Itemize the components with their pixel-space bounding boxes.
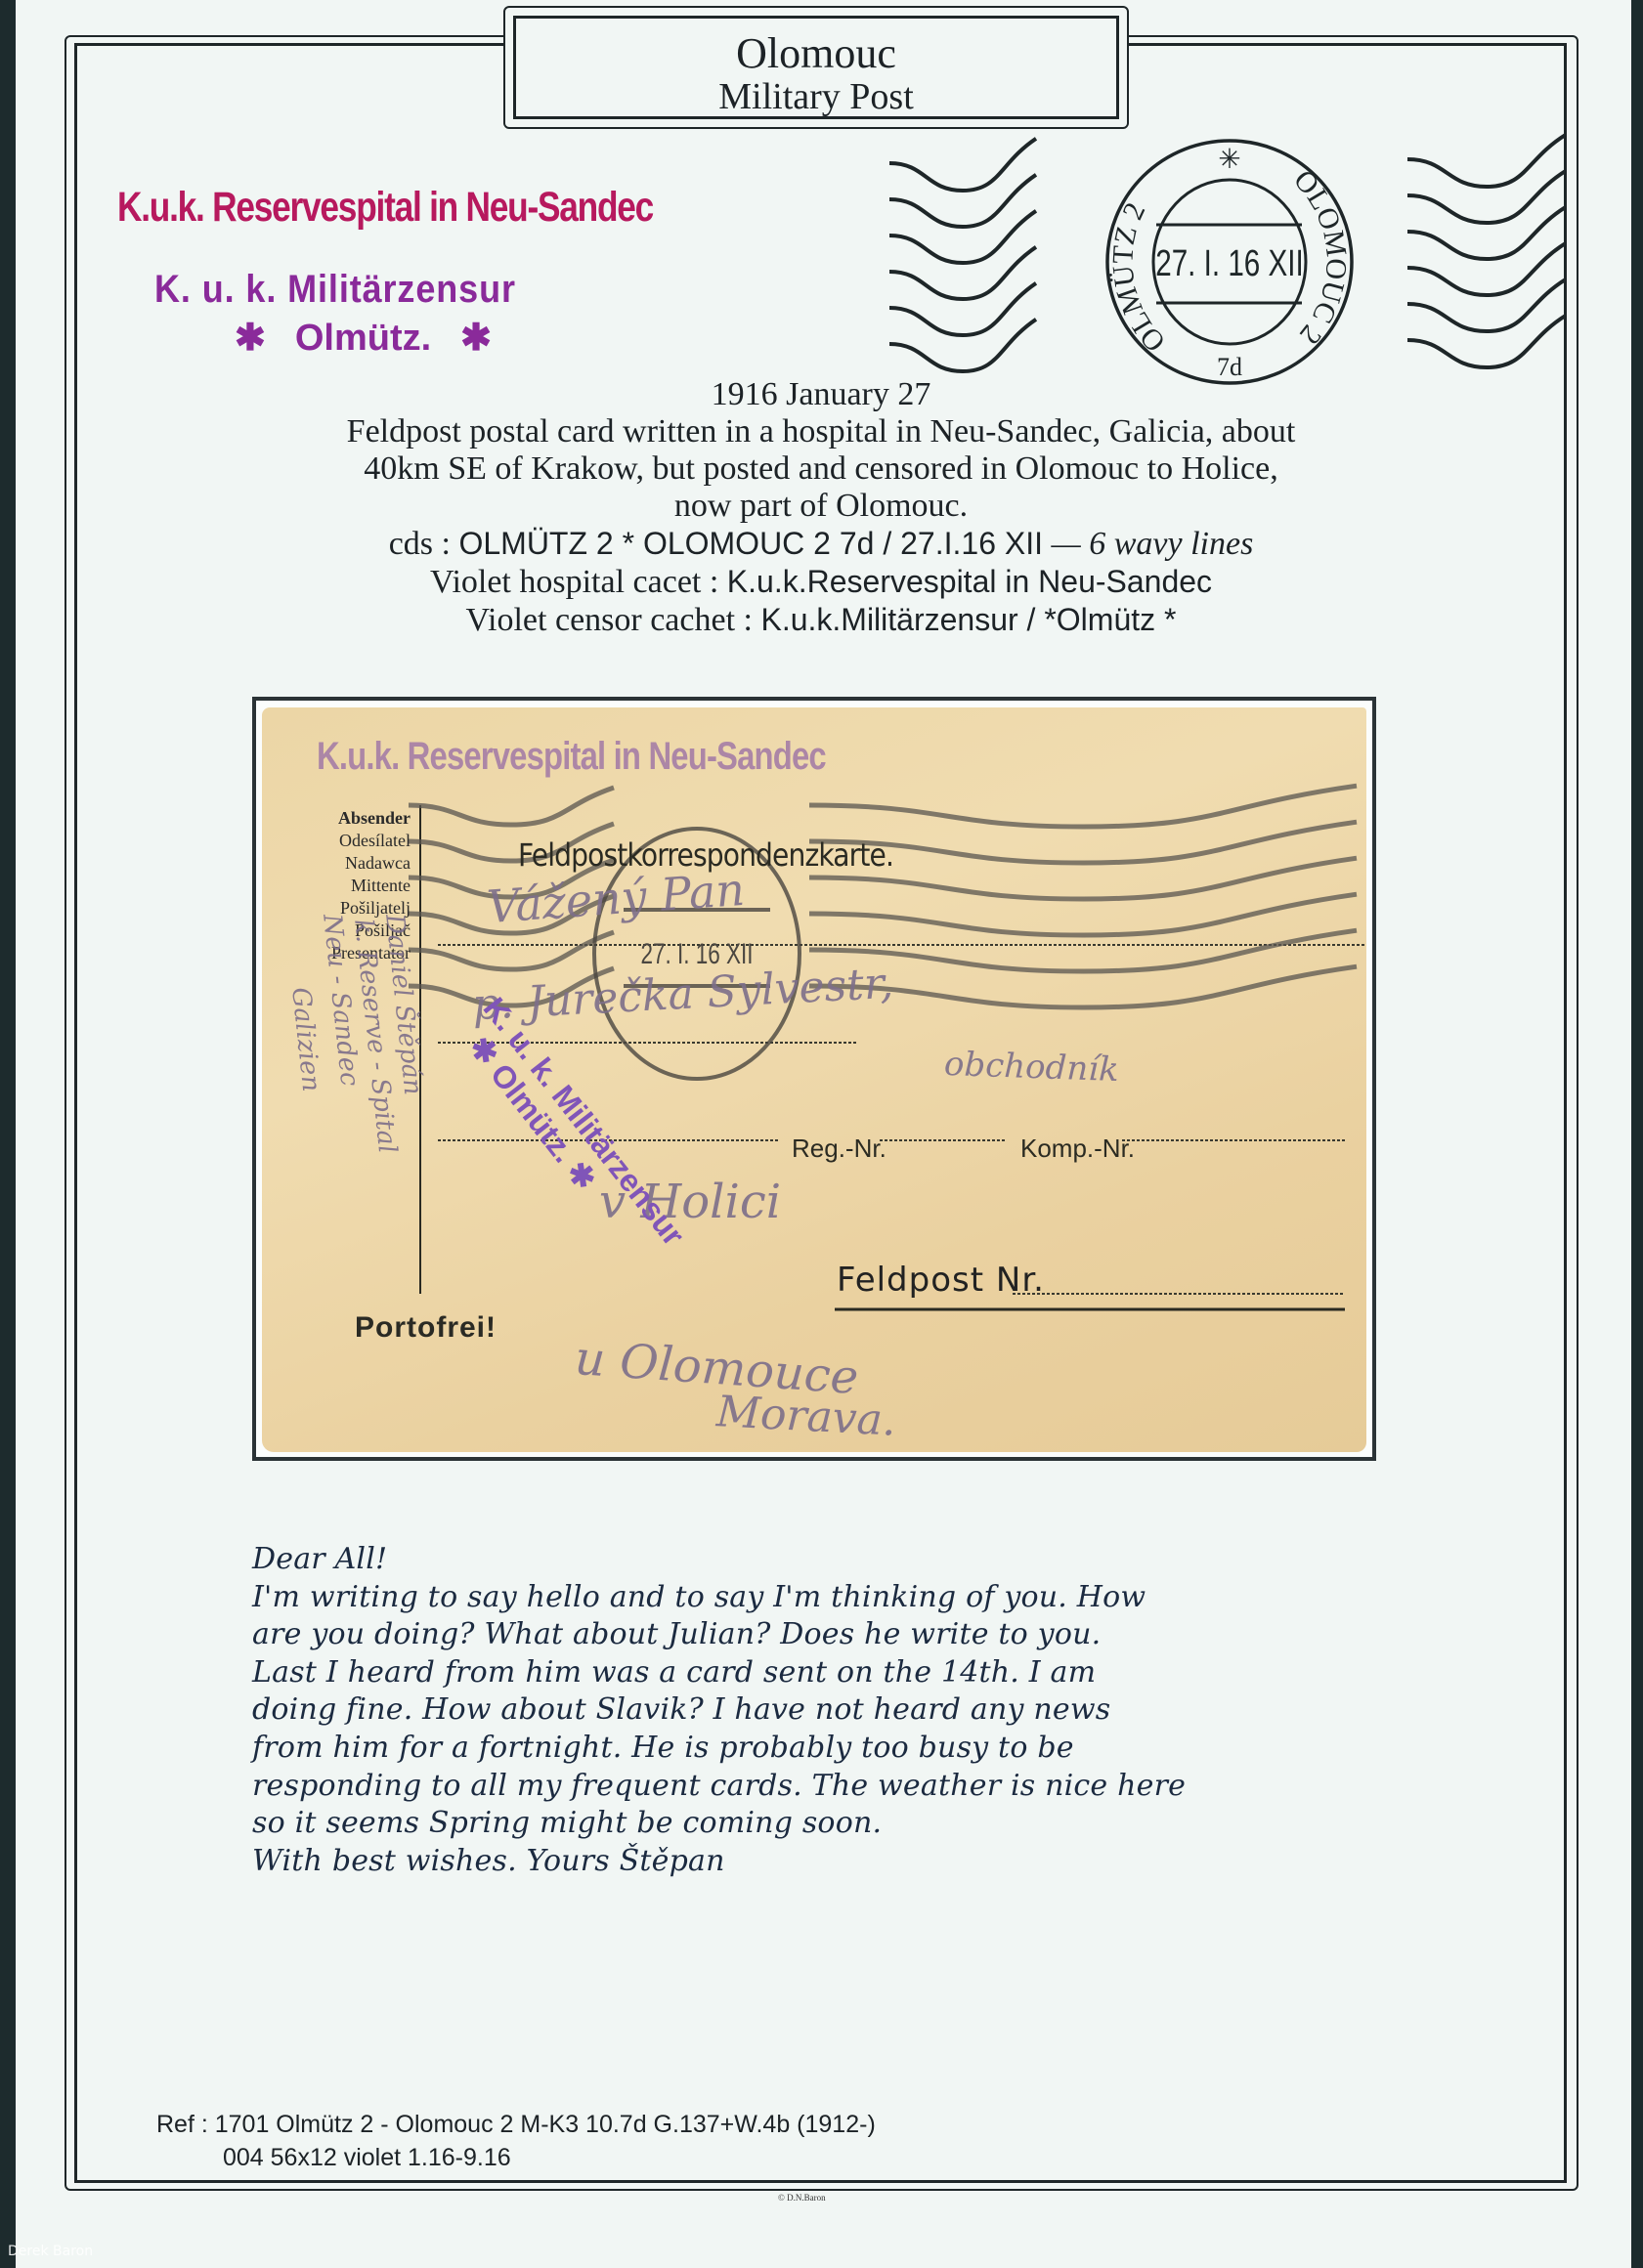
watermark: Derek Baron bbox=[8, 2244, 93, 2259]
letter-line: responding to all my frequent cards. The… bbox=[252, 1768, 1386, 1806]
letter-line: With best wishes. Yours Štěpan bbox=[252, 1843, 1386, 1881]
title-box: Olomouc Military Post bbox=[503, 6, 1129, 129]
title-box-inner: Olomouc Military Post bbox=[513, 16, 1119, 119]
description-date: 1916 January 27 bbox=[176, 376, 1466, 413]
wavy-lines-left-icon bbox=[889, 139, 1036, 371]
description-line-1: Feldpost postal card written in a hospit… bbox=[176, 413, 1466, 450]
cds-note: — 6 wavy lines bbox=[1043, 526, 1253, 562]
handwritten-occupation: obchodník bbox=[943, 1045, 1119, 1090]
svg-text:27. I. 16 XII: 27. I. 16 XII bbox=[1155, 243, 1304, 284]
copyright: © D.N.Baron bbox=[778, 2193, 826, 2203]
star-icon: ✱ bbox=[460, 318, 492, 359]
handwritten-region: Morava. bbox=[715, 1387, 897, 1446]
letter-line: doing fine. How about Slavik? I have not… bbox=[252, 1691, 1386, 1730]
postal-card-image: 27. I. 16 XII K.u.k. Reservespital in Ne… bbox=[262, 707, 1366, 1452]
cds-value: OLMÜTZ 2 * OLOMOUC 2 7d / 27.I.16 XII bbox=[458, 526, 1043, 561]
postmark-illustration: OLMÜTZ 2 OLOMOUC 2 ✳ 27. I. 16 XII 7d bbox=[880, 129, 1574, 393]
reg-nr-label: Reg.-Nr. bbox=[792, 1134, 886, 1164]
censor-cachet-line1: K. u. k. Militärzensur bbox=[154, 268, 516, 312]
letter-line: I'm writing to say hello and to say I'm … bbox=[252, 1579, 1386, 1617]
description-line-2: 40km SE of Krakow, but posted and censor… bbox=[176, 450, 1466, 488]
komp-nr-label: Komp.-Nr. bbox=[1020, 1134, 1135, 1164]
hospital-cachet-illustration: K.u.k. Reservespital in Neu-Sandec bbox=[117, 184, 653, 232]
hospital-cachet-label: Violet hospital cacet : bbox=[430, 564, 727, 600]
sender-label: Odesílatel bbox=[321, 830, 411, 852]
censor-cachet-illustration: K. u. k. Militärzensur ✱Olmütz.✱ bbox=[154, 268, 556, 360]
star-icon: ✱ bbox=[235, 318, 266, 359]
scan-edge-left bbox=[0, 0, 16, 2268]
censor-cachet-town: Olmütz. bbox=[295, 318, 431, 359]
portofrei-label: Portofrei! bbox=[355, 1311, 497, 1345]
sender-label: Absender bbox=[321, 807, 411, 830]
censor-cachet-label: Violet censor cachet : bbox=[466, 602, 761, 638]
cds-row: cds : OLMÜTZ 2 * OLOMOUC 2 7d / 27.I.16 … bbox=[176, 525, 1466, 563]
hospital-cachet-row: Violet hospital cacet : K.u.k.Reservespi… bbox=[176, 563, 1466, 601]
letter-transcription: Dear All! I'm writing to say hello and t… bbox=[252, 1541, 1386, 1880]
letter-line: are you doing? What about Julian? Does h… bbox=[252, 1616, 1386, 1654]
feldpost-nr-label: Feldpost Nr. bbox=[837, 1261, 1045, 1300]
letter-line: Last I heard from him was a card sent on… bbox=[252, 1654, 1386, 1692]
page-subtitle: Military Post bbox=[516, 75, 1116, 118]
letter-line: from him for a fortnight. He is probably… bbox=[252, 1730, 1386, 1768]
reference: Ref : 1701 Olmütz 2 - Olomouc 2 M-K3 10.… bbox=[156, 2108, 876, 2174]
svg-text:27. I. 16 XII: 27. I. 16 XII bbox=[640, 937, 753, 970]
reference-line-1: Ref : 1701 Olmütz 2 - Olomouc 2 M-K3 10.… bbox=[156, 2108, 876, 2141]
card-hospital-cachet: K.u.k. Reservespital in Neu-Sandec bbox=[317, 735, 826, 779]
censor-cachet-value: K.u.k.Militärzensur / *Olmütz * bbox=[760, 602, 1176, 637]
censor-cachet-line2: ✱Olmütz.✱ bbox=[205, 316, 556, 360]
letter-line: so it seems Spring might be coming soon. bbox=[252, 1805, 1386, 1843]
description: 1916 January 27 Feldpost postal card wri… bbox=[176, 376, 1466, 639]
sender-label: Mittente bbox=[321, 875, 411, 897]
wavy-lines-right-icon bbox=[1407, 135, 1566, 367]
scan-edge-right bbox=[1631, 0, 1643, 2268]
hospital-cachet-value: K.u.k.Reservespital in Neu-Sandec bbox=[727, 564, 1212, 599]
description-line-3: now part of Olomouc. bbox=[176, 488, 1466, 525]
censor-cachet-row: Violet censor cachet : K.u.k.Militärzens… bbox=[176, 601, 1466, 639]
svg-text:✳: ✳ bbox=[1218, 143, 1240, 175]
cds-circle-icon: OLMÜTZ 2 OLOMOUC 2 ✳ 27. I. 16 XII 7d bbox=[1106, 141, 1353, 383]
reference-line-2: 004 56x12 violet 1.16-9.16 bbox=[156, 2141, 876, 2174]
sender-label: Nadawca bbox=[321, 852, 411, 875]
letter-line: Dear All! bbox=[252, 1541, 1386, 1579]
cds-label: cds : bbox=[389, 526, 459, 562]
page-title: Olomouc bbox=[516, 32, 1116, 75]
